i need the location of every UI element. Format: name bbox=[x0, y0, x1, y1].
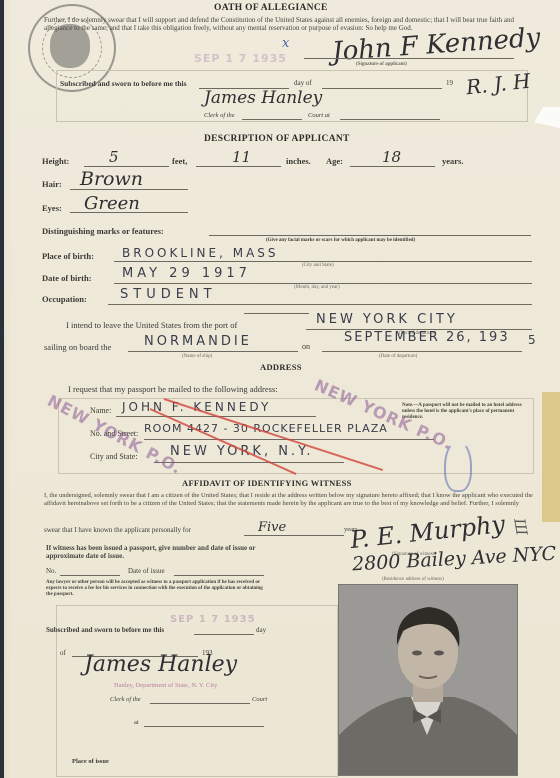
eyes-value: Green bbox=[84, 193, 140, 214]
height-feet-value: 5 bbox=[109, 148, 119, 166]
penalty-note: Any lawyer or other person will be accep… bbox=[46, 580, 268, 598]
witness-passport-note: If witness has been issued a passport, g… bbox=[46, 544, 256, 560]
mail-name-value: JOHN F. KENNEDY bbox=[122, 400, 271, 414]
hair-value: Brown bbox=[80, 168, 143, 190]
clerk-stamp: Hanley, Department of State, N. Y. City bbox=[114, 683, 217, 690]
witness-clerk-signature: James Hanley bbox=[84, 652, 237, 677]
applicant-photo bbox=[338, 584, 518, 776]
departure-date-value: SEPTEMBER 26, 193 bbox=[344, 330, 510, 345]
address-heading: ADDRESS bbox=[260, 362, 302, 372]
signature-caption: (Signature of applicant) bbox=[356, 62, 407, 67]
oath-date-stamp: SEP 1 7 1935 bbox=[194, 52, 287, 65]
birthplace-value: BROOKLINE, MASS bbox=[122, 246, 279, 260]
torn-corner bbox=[534, 107, 560, 129]
years-known-value: Five bbox=[258, 520, 286, 535]
height-inches-value: 11 bbox=[232, 148, 251, 166]
dob-value: MAY 29 1917 bbox=[122, 266, 251, 281]
tape-strip bbox=[542, 392, 560, 522]
occupation-value: STUDENT bbox=[120, 287, 217, 302]
ship-value: NORMANDIE bbox=[144, 334, 252, 349]
hotel-note: Note.—A passport will not be mailed to a… bbox=[402, 403, 532, 421]
oath-clerk-signature: James Hanley bbox=[204, 88, 322, 108]
pencil-notation: Ш bbox=[510, 517, 531, 537]
departure-year-digit: 5 bbox=[528, 333, 539, 347]
blue-pencil-mark bbox=[444, 440, 472, 492]
witness-heading: AFFIDAVIT OF IDENTIFYING WITNESS bbox=[182, 478, 352, 488]
oath-sworn-label: Subscribed and sworn to before me this bbox=[60, 80, 187, 88]
oath-mark: x bbox=[282, 36, 289, 51]
age-value: 18 bbox=[382, 148, 401, 166]
witness-date-stamp: SEP 1 7 1935 bbox=[170, 614, 256, 625]
passport-application-page: OATH OF ALLEGIANCE Further, I do solemnl… bbox=[4, 0, 560, 778]
mail-city-value: NEW YORK, N.Y. bbox=[170, 444, 314, 459]
port-value: NEW YORK CITY bbox=[316, 312, 458, 327]
description-heading: DESCRIPTION OF APPLICANT bbox=[204, 134, 350, 144]
portrait-image bbox=[339, 585, 517, 775]
oath-heading: OATH OF ALLEGIANCE bbox=[214, 3, 328, 13]
